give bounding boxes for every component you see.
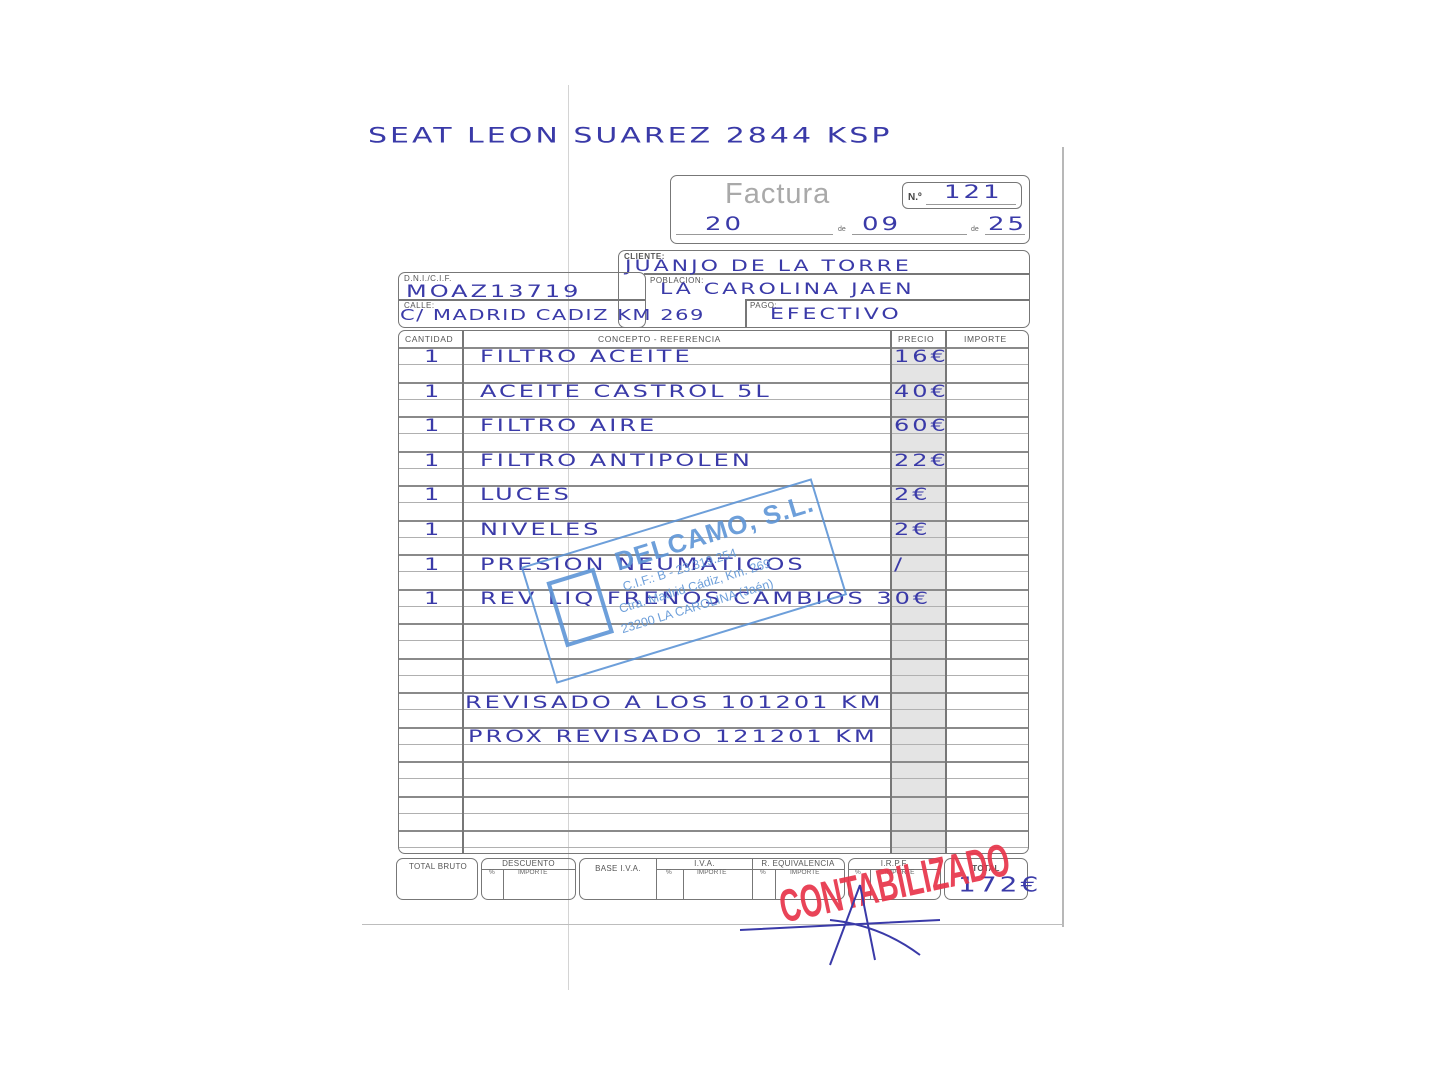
row-concepto: NIVELES — [480, 519, 601, 539]
row-precio: 22€ — [894, 450, 949, 470]
date-month: 09 — [862, 213, 901, 235]
invoice-number: 121 — [944, 181, 1003, 203]
row-cantidad: 1 — [424, 346, 442, 366]
date-day-line — [676, 234, 833, 235]
row-cantidad: 1 — [424, 484, 442, 504]
row-rule — [399, 640, 1028, 641]
signature-icon — [730, 880, 1010, 980]
row-precio: 2€ — [894, 484, 931, 504]
row-precio: 2€ — [894, 519, 931, 539]
divider — [745, 299, 747, 327]
iva-importe: IMPORTE — [697, 869, 727, 876]
row-concepto: ACEITE CASTROL 5L — [480, 381, 772, 401]
descuento-label: DESCUENTO — [481, 859, 576, 868]
row-rule — [399, 675, 1028, 676]
divider — [503, 869, 504, 899]
header-importe: IMPORTE — [964, 334, 1007, 344]
vehicle-note: SEAT LEON SUAREZ 2844 KSP — [368, 123, 892, 148]
base-iva-label: BASE I.V.A. — [582, 864, 654, 873]
company-logo-icon — [546, 568, 614, 648]
iva-label: I.V.A. — [657, 859, 752, 868]
row-cantidad: 1 — [424, 519, 442, 539]
descuento-pct: % — [489, 869, 495, 876]
date-de-2: de — [971, 226, 979, 233]
header-concepto: CONCEPTO - REFERENCIA — [598, 334, 721, 344]
req-pct: % — [760, 869, 766, 876]
paper-edge-right — [1062, 147, 1064, 927]
pago-value: EFECTIVO — [770, 306, 902, 324]
row-concepto: FILTRO ANTIPOLEN — [480, 450, 753, 470]
col-divider — [462, 331, 464, 853]
calle-value: C/ MADRID CADIZ KM 269 — [400, 306, 705, 323]
invoice-number-label: N.º — [908, 192, 922, 203]
row-cantidad: 1 — [424, 588, 442, 608]
date-de-1: de — [838, 226, 846, 233]
row-concepto: FILTRO ACEITE — [480, 346, 693, 366]
row-precio: 40€ — [894, 381, 949, 401]
row-rule — [399, 796, 1028, 798]
row-rule — [399, 658, 1028, 660]
row-cantidad: 1 — [424, 415, 442, 435]
row-cantidad: 1 — [424, 554, 442, 574]
row-cantidad: 1 — [424, 381, 442, 401]
date-day: 20 — [705, 213, 744, 235]
row-rule — [399, 778, 1028, 779]
number-underline — [926, 204, 1016, 205]
note-line: REVISADO A LOS 101201 KM — [465, 692, 883, 712]
total-bruto-label: TOTAL BRUTO — [398, 862, 478, 871]
row-precio: / — [894, 554, 905, 574]
form-title: Factura — [725, 178, 830, 211]
row-cantidad: 1 — [424, 450, 442, 470]
dni-value: MOAZ13719 — [406, 281, 581, 301]
header-cantidad: CANTIDAD — [405, 334, 453, 344]
date-year: 25 — [988, 213, 1027, 235]
row-precio: 60€ — [894, 415, 949, 435]
row-concepto: LUCES — [480, 484, 572, 504]
poblacion-value: LA CAROLINA JAEN — [660, 281, 915, 299]
descuento-importe: IMPORTE — [518, 869, 548, 876]
header-precio: PRECIO — [898, 334, 934, 344]
row-concepto: FILTRO AIRE — [480, 415, 657, 435]
r-equivalencia-label: R. EQUIVALENCIA — [752, 859, 844, 868]
iva-pct: % — [666, 869, 672, 876]
row-rule — [399, 761, 1028, 763]
col-divider — [945, 331, 947, 853]
note-line: PROX REVISADO 121201 KM — [468, 726, 878, 746]
divider — [745, 299, 1029, 301]
row-rule — [399, 830, 1028, 832]
divider — [683, 869, 684, 899]
cliente-value: JUANJO DE LA TORRE — [625, 258, 912, 276]
row-rule — [399, 813, 1028, 814]
row-precio: 16€ — [894, 346, 949, 366]
